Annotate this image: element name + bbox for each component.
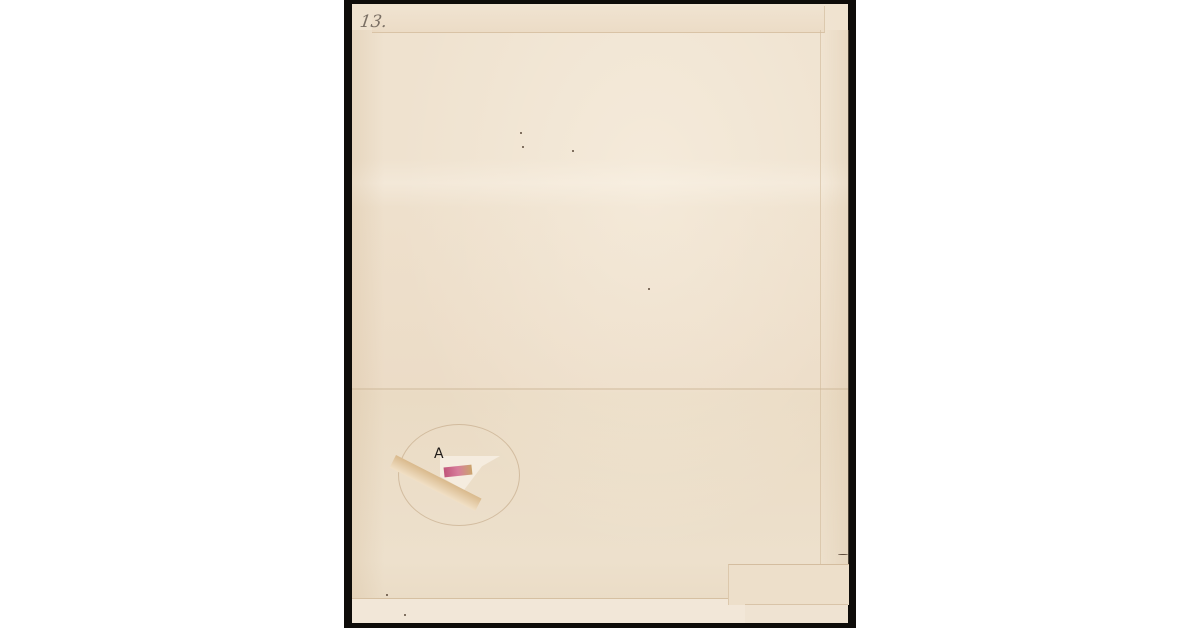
paper-sheet	[352, 4, 848, 622]
speck	[520, 132, 522, 134]
top-paper-strip	[372, 6, 825, 33]
speck	[522, 146, 524, 148]
speck	[648, 288, 650, 290]
bottom-right-patch-lower	[745, 604, 848, 623]
bottom-paper-strip	[352, 598, 746, 623]
left-margin	[352, 30, 384, 600]
folio-number: 13.	[359, 12, 389, 32]
bottom-right-patch	[728, 564, 849, 605]
speck	[386, 594, 388, 596]
right-margin	[820, 30, 849, 570]
stamp-letter: A	[434, 446, 444, 462]
speck	[572, 150, 574, 152]
speck	[404, 614, 406, 616]
fold-line	[352, 388, 848, 390]
speck	[838, 554, 848, 555]
